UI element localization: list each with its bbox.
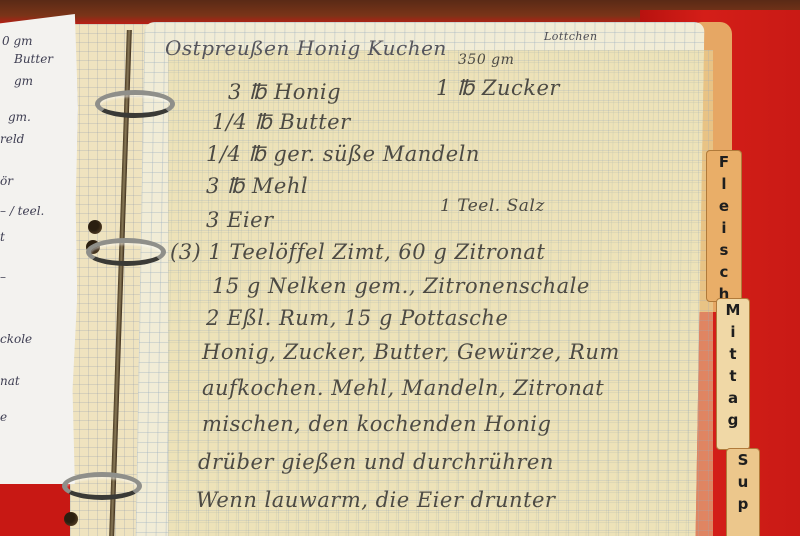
ingredient-line: 2 Eßl. Rum, 15 g Pottasche <box>206 306 508 330</box>
ingredient-line: 15 g Nelken gem., Zitronenschale <box>212 274 590 298</box>
punch-hole <box>64 512 78 526</box>
note-line: Butter <box>14 52 53 66</box>
instruction-line: aufkochen. Mehl, Mandeln, Zitronat <box>202 376 604 400</box>
punch-hole <box>88 220 102 234</box>
tab-label: Fleisch <box>707 151 741 305</box>
binder-ring <box>62 472 142 500</box>
binder-ring <box>86 238 166 266</box>
tab-fleisch[interactable]: Fleisch <box>706 150 742 302</box>
ingredient-line: (3) 1 Teelöffel Zimt, 60 g Zitronat <box>170 240 545 264</box>
ingredient-line: 3 ℔ Mehl <box>206 174 308 198</box>
tab-label: Mittag <box>717 299 749 431</box>
binder-ring <box>95 90 175 118</box>
instruction-line: Honig, Zucker, Butter, Gewürze, Rum <box>202 340 620 364</box>
note-line: t <box>0 230 5 244</box>
recipe-title: Ostpreußen Honig Kuchen <box>165 36 447 60</box>
note-line: nat <box>0 374 20 388</box>
ingredient-line: 3 ℔ Honig <box>228 80 341 104</box>
ingredient-line: 1/4 ℔ Butter <box>212 110 351 134</box>
ingredient-line: 1/4 ℔ ger. süße Mandeln <box>206 142 480 166</box>
instruction-line: drüber gießen und durchrühren <box>198 450 554 474</box>
ingredient-aside: 1 ℔ Zucker <box>436 76 560 100</box>
note-line: e <box>0 410 7 424</box>
tab-suppe[interactable]: Sup <box>726 448 760 536</box>
instruction-line: mischen, den kochenden Honig <box>202 412 551 436</box>
recipe-title-note: Lottchen <box>544 30 598 43</box>
note-line: gm <box>14 74 33 88</box>
note-line: – / teel. <box>0 204 44 218</box>
note-line: – <box>0 270 6 284</box>
ingredient-aside: 1 Teel. Salz <box>440 196 545 216</box>
note-line: 0 gm <box>2 34 33 48</box>
amount-note: 350 gm <box>458 52 514 68</box>
note-line: ör <box>0 174 13 188</box>
instruction-line: Wenn lauwarm, die Eier drunter <box>196 488 555 512</box>
tab-label: Sup <box>727 449 759 515</box>
tab-mittag[interactable]: Mittag <box>716 298 750 450</box>
note-line: gm. <box>8 110 31 124</box>
note-line: reld <box>0 132 24 146</box>
ingredient-line: 3 Eier <box>206 208 274 232</box>
torn-note-paper: 0 gm Butter gm gm. reld ör – / teel. t –… <box>0 14 78 484</box>
note-line: ckole <box>0 332 32 346</box>
